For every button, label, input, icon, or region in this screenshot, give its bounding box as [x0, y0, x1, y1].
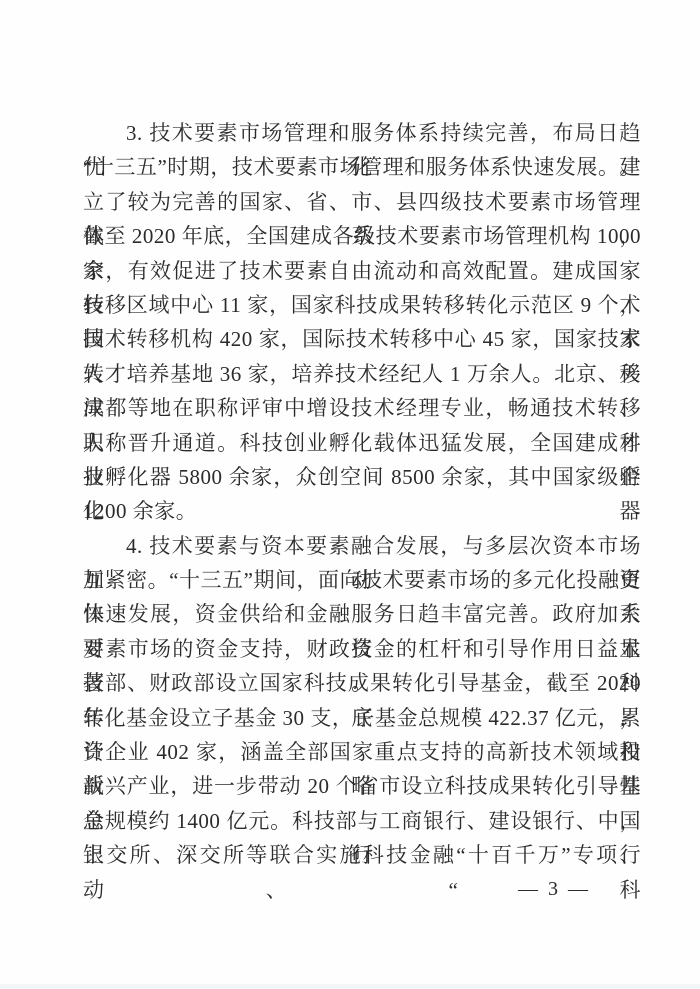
text-line: 人才培养基地 36 家，培养技术经纪人 1 万余人。北京、天津、 [83, 357, 641, 391]
document-page: 3. 技术要素市场管理和服务体系持续完善，布局日趋优化。 “十三五”时期，技术要… [0, 0, 700, 989]
text-line: 上交所、深交所等联合实施科技金融“十百千万”专项行动、“科 [83, 838, 641, 872]
text-line: 成都等地在职称评审中增设技术经理专业，畅通技术转移人才 [83, 391, 641, 425]
page-bottom-edge [0, 984, 700, 989]
text-line: 总规模约 1400 亿元。科技部与工商银行、建设银行、中国银行、 [83, 804, 641, 838]
text-line: 转化基金设立子基金 30 支，子基金总规模 422.37 亿元，累计投 [83, 701, 641, 735]
text-line: 技部、财政部设立国家科技成果转化引导基金，截至 2020 年底， [83, 666, 641, 700]
text-line: 立了较为完善的国家、省、市、县四级技术要素市场管理体系， [83, 185, 641, 219]
paragraph-3: 3. 技术要素市场管理和服务体系持续完善，布局日趋优化。 “十三五”时期，技术要… [83, 116, 641, 529]
document-body: 3. 技术要素市场管理和服务体系持续完善，布局日趋优化。 “十三五”时期，技术要… [83, 116, 641, 873]
text-line: 资企业 402 家，涵盖全部国家重点支持的高新技术领域和战略性 [83, 735, 641, 769]
text-line: “十三五”时期，技术要素市场管理和服务体系快速发展。建 [83, 150, 641, 184]
text-line: 要素市场的资金支持，财政资金的杠杆和引导作用日益显著。科 [83, 632, 641, 666]
text-line: 业孵化器 5800 余家，众创空间 8500 余家，其中国家级孵化器 [83, 460, 641, 494]
text-line: 快速发展，资金供给和金融服务日趋丰富完善。政府加大对技术 [83, 597, 641, 631]
text-line: 加紧密。“十三五”期间，面向技术要素市场的多元化投融资体系 [83, 563, 641, 597]
paragraph-4: 4. 技术要素与资本要素融合发展，与多层次资本市场互动更 加紧密。“十三五”期间… [83, 529, 641, 873]
text-line: 职称晋升通道。科技创业孵化载体迅猛发展，全国建成科技企 [83, 426, 641, 460]
text-line: 技术转移机构 420 家，国际技术转移中心 45 家，国家技术转移 [83, 322, 641, 356]
text-line: 截至 2020 年底，全国建成各级技术要素市场管理机构 1000 余 [83, 219, 641, 253]
text-line: 4. 技术要素与资本要素融合发展，与多层次资本市场互动更 [83, 529, 641, 563]
page-number: — 3 — [518, 878, 588, 901]
text-line: 家，有效促进了技术要素自由流动和高效配置。建成国家技术 [83, 254, 641, 288]
text-line: 转移区域中心 11 家，国家科技成果转移转化示范区 9 个，国家 [83, 288, 641, 322]
text-line: 3. 技术要素市场管理和服务体系持续完善，布局日趋优化。 [83, 116, 641, 150]
text-line: 新兴产业，进一步带动 20 个省市设立科技成果转化引导基金， [83, 769, 641, 803]
